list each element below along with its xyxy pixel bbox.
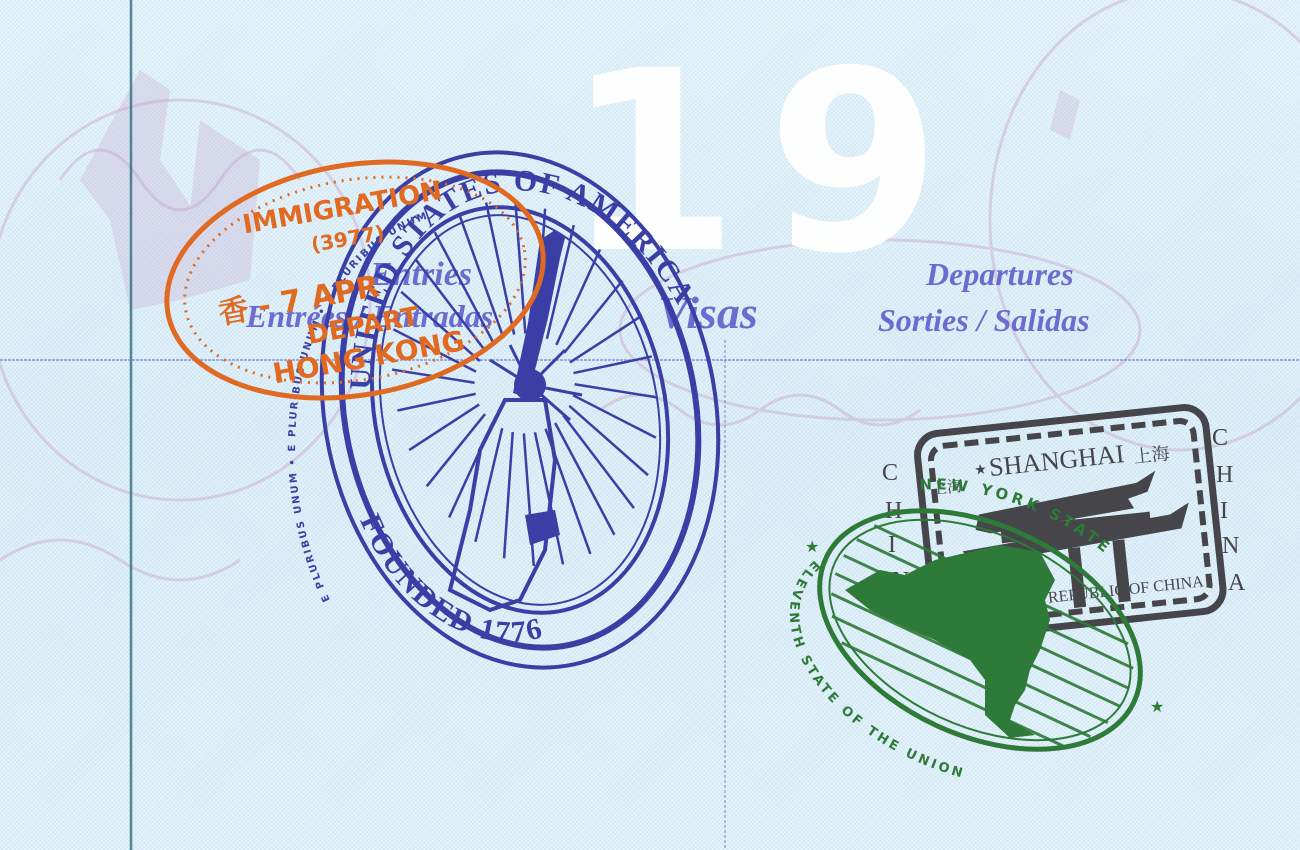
stamps-layer: ★ SHANGHAI 上海 上海 REPUBLIC OF CHINA CHINA… <box>0 0 1300 850</box>
svg-text:C: C <box>882 460 898 486</box>
statue-of-liberty-icon <box>450 230 565 610</box>
svg-text:H: H <box>1216 462 1233 488</box>
chinese-character: 香 <box>216 292 252 332</box>
svg-text:C: C <box>1212 425 1228 451</box>
svg-text:I: I <box>1220 498 1228 524</box>
svg-text:A: A <box>1228 570 1246 596</box>
svg-text:★: ★ <box>974 462 988 478</box>
shanghai-title: SHANGHAI <box>988 439 1126 482</box>
usa-bottom-text: FOUNDED 1776 <box>353 509 546 649</box>
svg-text:★: ★ <box>1150 699 1164 716</box>
svg-text:N: N <box>1222 533 1239 559</box>
svg-text:★: ★ <box>805 539 819 556</box>
passport-page: 19 Entries Entrées / Entradas Visas Depa… <box>0 0 1300 850</box>
shanghai-chinese-right: 上海 <box>1133 443 1171 468</box>
new-york-map-shape <box>845 545 1055 738</box>
